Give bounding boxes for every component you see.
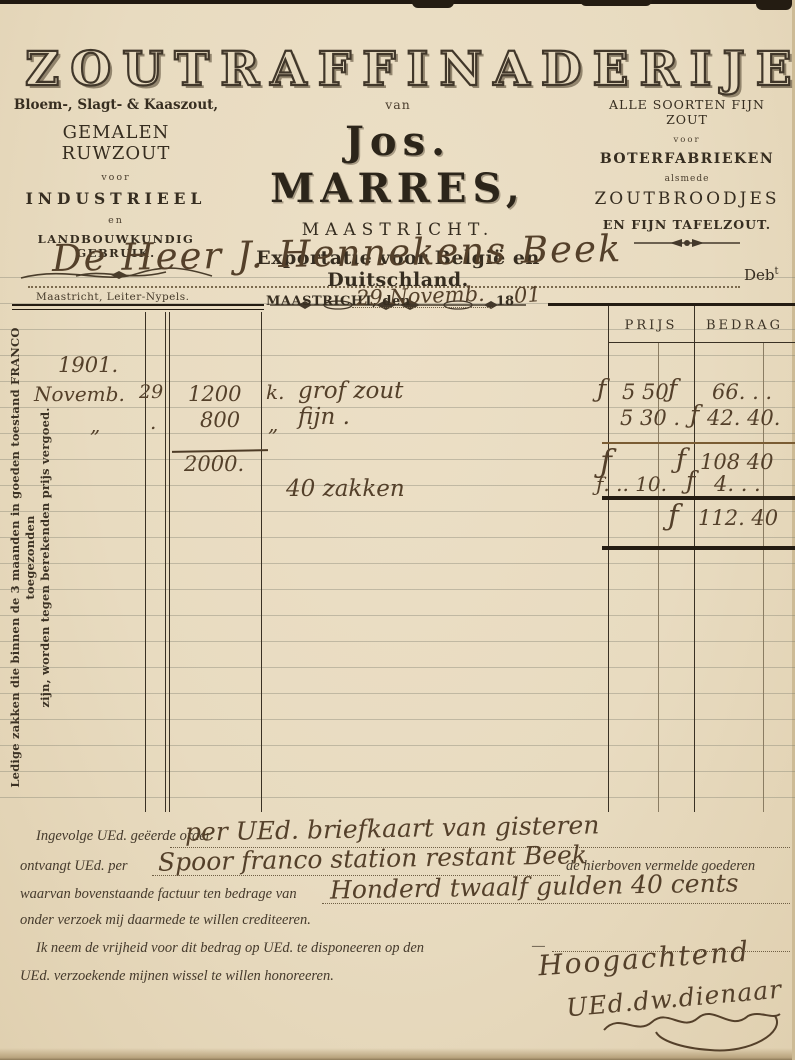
entry-zakken-prijs: ƒ. .. 10. [596, 472, 667, 496]
arrow-divider-icon [632, 237, 742, 249]
entry-desc-1: grof zout [298, 378, 403, 404]
entry-unit-2: „ [268, 412, 278, 436]
scan-artifact [580, 0, 652, 6]
entry-zakken-bedrag: 4. . . [714, 472, 761, 496]
company-name: Jos. MARRES, [218, 118, 578, 212]
entry-day: 29 [139, 381, 163, 403]
entry-unit-1: k. [266, 380, 284, 404]
footer-line3: waarvan bovenstaande factuur ten bedrage… [20, 886, 297, 903]
product-line-ruwzout: GEMALEN RUWZOUT [10, 122, 222, 164]
debit-label: Debt [744, 266, 779, 284]
product-line-bloem: Bloem-, Slagt- & Kaaszout, [10, 97, 222, 113]
entry-prijs-f-1: ƒ [597, 374, 606, 403]
prijs-sum-line [602, 442, 795, 444]
entry-year: 1901. [58, 353, 118, 377]
footer-line4: onder verzoek mij daarmede te willen cre… [20, 912, 311, 929]
table-vline-qty [261, 312, 262, 812]
entry-zakken-desc: 40 zakken [286, 476, 405, 502]
product-line-zoutbroodjes: ZOUTBROODJES [586, 189, 788, 209]
van-label: van [218, 97, 578, 112]
footer-line2a: ontvangt UEd. per [20, 858, 128, 875]
column-header-prijs: PRIJS [608, 318, 694, 333]
total-f: ƒ [668, 498, 679, 532]
entry-zakken-bedrag-f: ƒ [686, 466, 695, 495]
date-handwritten: 29 Novemb. [356, 282, 486, 310]
entry-bedrag-2: 42. 40. [707, 406, 780, 430]
table-vline-day-a [165, 312, 166, 812]
scan-artifact [412, 0, 454, 8]
debit-text: Deb [744, 266, 775, 284]
entry-desc-2: fijn . [298, 404, 350, 430]
side-note-line2: zijn, worden tegen berekenden prijs verg… [38, 305, 53, 810]
total-rule-bottom [602, 546, 795, 550]
product-line-industrieel: INDUSTRIEEL [10, 189, 222, 208]
total-rule-top [602, 496, 795, 500]
signature-scrawl [590, 1002, 790, 1058]
debit-sup: t [775, 266, 779, 277]
product-line-fijnzout: ALLE SOORTEN FIJN ZOUT [586, 97, 788, 127]
total-amount: 112. 40 [698, 506, 778, 530]
voor-label-right: voor [586, 135, 788, 145]
scan-edge-top [0, 0, 795, 4]
alsmede-label: alsmede [586, 174, 788, 184]
column-header-underline [608, 342, 795, 343]
product-line-boterfabrieken: BOTERFABRIEKEN [586, 151, 788, 167]
entry-qty-2: 800 [200, 408, 240, 432]
subtotal-bedrag: 108 40 [700, 450, 773, 474]
voor-label: voor [10, 172, 222, 183]
column-header-bedrag: BEDRAG [694, 318, 795, 333]
dateline-rule-right [548, 303, 795, 306]
footer-line6: UEd. verzoekende mijnen wissel te willen… [20, 968, 334, 985]
year-handwritten: 01 [513, 282, 541, 308]
scan-artifact [756, 0, 792, 10]
entry-bedrag-1: 66. . . [712, 380, 772, 404]
entry-month-ditto: „ [90, 413, 100, 437]
entry-prijs-2: 5 30 . [620, 406, 680, 430]
entry-bedrag-f-2: ƒ [690, 400, 699, 429]
subtotal-bedrag-f: ƒ [676, 444, 686, 475]
entry-qty-1: 1200 [188, 382, 241, 406]
invoice-document: ZOUTRAFFINADERIJEN Bloem-, Slagt- & Kaas… [0, 0, 795, 1060]
table-vline-day-b [169, 312, 170, 812]
company-banner-title: ZOUTRAFFINADERIJEN [25, 42, 770, 97]
entry-day-ditto: . [150, 410, 156, 434]
printer-credit: Maastricht, Leiter-Nypels. [36, 291, 189, 303]
year-printed: 18 [496, 294, 514, 309]
entry-bedrag-f-1: ƒ [668, 374, 677, 403]
entry-qty-sum: 2000. [184, 452, 244, 476]
table-vline-bedrag-left [694, 306, 695, 812]
table-vline-prijs-left [608, 306, 609, 812]
side-note: Ledige zakken die binnen de 3 maanden in… [8, 305, 42, 810]
en-label: en [10, 215, 222, 226]
side-note-line1: Ledige zakken die binnen de 3 maanden in… [8, 305, 38, 810]
footer-line5: Ik neem de vrijheid voor dit bedrag op U… [36, 940, 424, 957]
entry-prijs-1: 5 50 [622, 380, 669, 404]
